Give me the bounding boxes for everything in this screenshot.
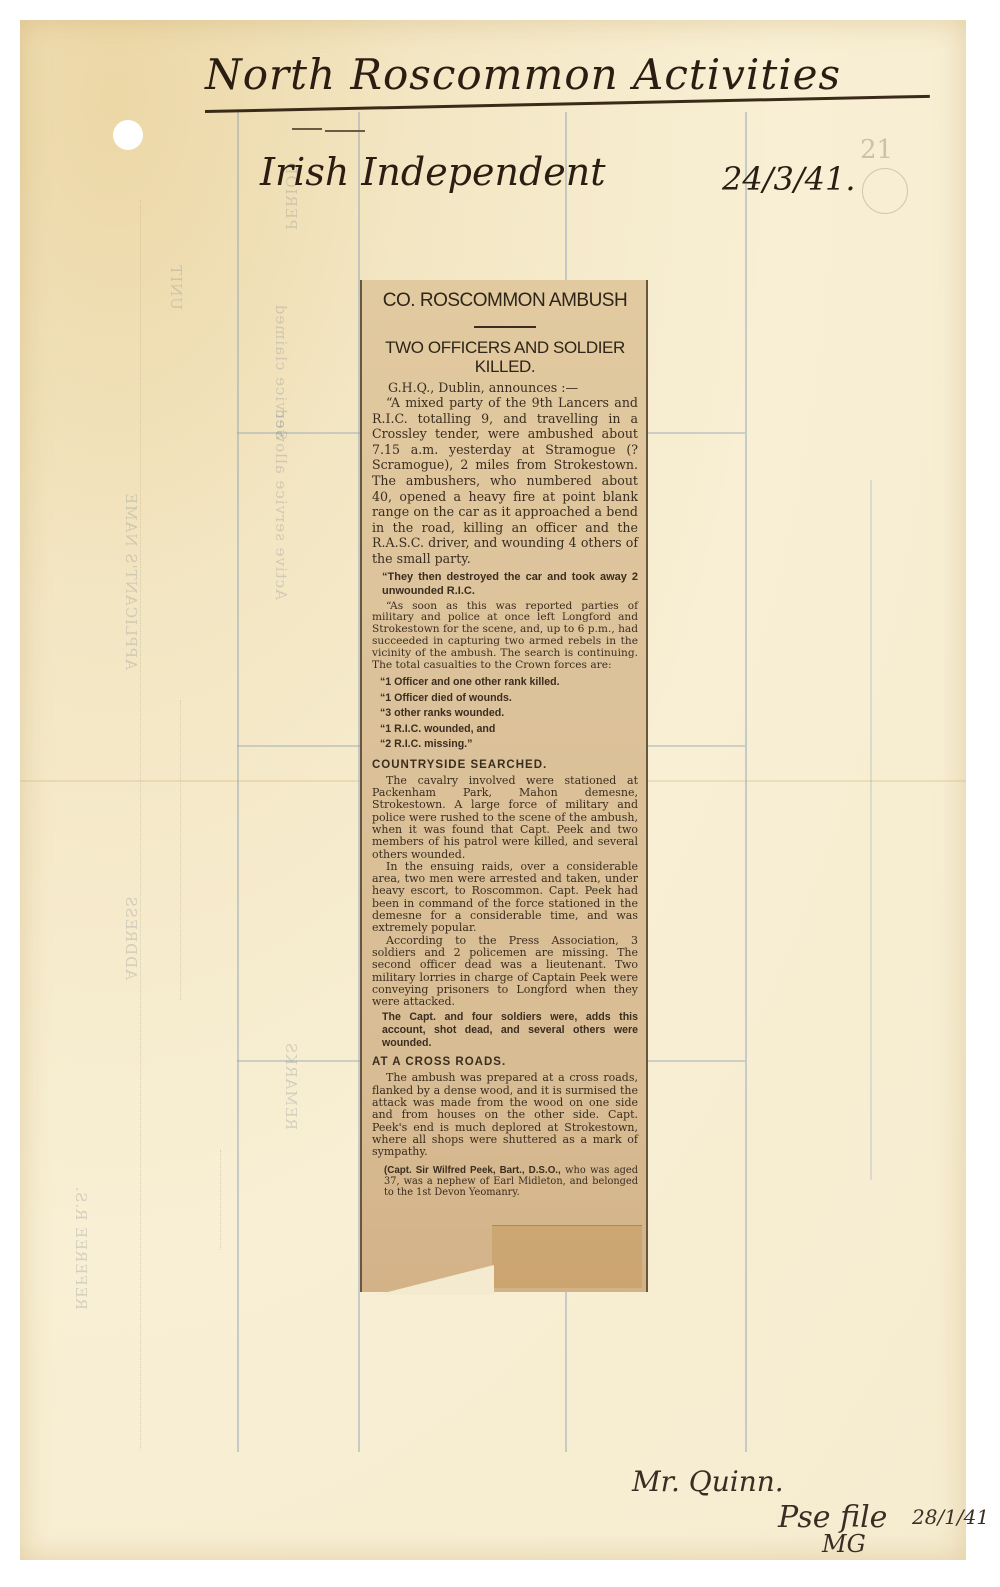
casualty-item: “3 other ranks wounded.	[380, 706, 638, 722]
casualty-item: “1 Officer died of wounds.	[380, 691, 638, 707]
form-rule	[745, 112, 747, 1452]
handwritten-date: 24/3/41.	[722, 160, 856, 198]
casualty-item: “1 R.I.C. wounded, and	[380, 722, 638, 738]
clipping-footnote: (Capt. Sir Wilfred Peek, Bart., D.S.O., …	[372, 1165, 638, 1198]
form-rule	[870, 480, 872, 1180]
pencil-circle-mark	[862, 168, 908, 214]
section-heading: AT A CROSS ROADS.	[372, 1056, 638, 1068]
form-label: APPLICANT'S NAME	[122, 492, 140, 670]
clipping-paragraph: In the ensuing raids, over a considerabl…	[372, 861, 638, 935]
clipping-paragraph: “A mixed party of the 9th Lancers and R.…	[372, 395, 638, 567]
clipping-paragraph: According to the Press Association, 3 so…	[372, 935, 638, 1009]
form-rule	[237, 112, 239, 1452]
form-dotted-rule	[220, 1150, 221, 1250]
pencil-folio-number: 21	[860, 135, 893, 165]
form-label: Active service allowed	[272, 408, 290, 600]
glue-stain	[492, 1225, 642, 1288]
clipping-paragraph: The ambush was prepared at a cross roads…	[372, 1072, 638, 1158]
clipping-paragraph: “As soon as this was reported parties of…	[372, 601, 638, 672]
section-heading: COUNTRYSIDE SEARCHED.	[372, 759, 638, 771]
clipping-paragraph: The Capt. and four soldiers were, adds t…	[372, 1011, 638, 1050]
form-label: UNIT	[167, 264, 185, 310]
clipping-headline: CO. ROSCOMMON AMBUSH	[372, 290, 638, 312]
form-label: REMARKS	[282, 1042, 300, 1130]
form-label: ADDRESS	[122, 896, 140, 980]
form-dotted-rule	[180, 700, 181, 1000]
footnote-name: (Capt. Sir Wilfred Peek, Bart., D.S.O.,	[384, 1165, 561, 1176]
casualty-list: “1 Officer and one other rank killed. “1…	[380, 675, 638, 753]
clipping-paragraph: The cavalry involved were stationed at P…	[372, 775, 638, 861]
handwritten-source: Irish Independent	[260, 150, 606, 194]
handwritten-recipient: Mr. Quinn.	[632, 1465, 784, 1498]
clipping-subheadline: TWO OFFICERS AND SOLDIER KILLED.	[372, 338, 638, 376]
casualty-item: “2 R.I.C. missing.”	[380, 737, 638, 753]
torn-corner	[376, 1265, 494, 1295]
pen-mark	[292, 128, 322, 130]
headline-rule	[474, 326, 536, 328]
handwritten-filing-date: 28/1/41	[912, 1505, 989, 1529]
clipping-dateline: G.H.Q., Dublin, announces :—	[372, 380, 638, 395]
handwritten-title: North Roscommon Activities	[205, 50, 841, 99]
form-dotted-rule	[140, 200, 141, 1450]
pen-mark	[325, 130, 365, 132]
form-label: REFEREE R.S.	[72, 1186, 90, 1310]
punch-hole	[113, 120, 143, 150]
newspaper-clipping: CO. ROSCOMMON AMBUSH TWO OFFICERS AND SO…	[360, 280, 648, 1292]
casualty-item: “1 Officer and one other rank killed.	[380, 675, 638, 691]
clipping-paragraph: “They then destroyed the car and took aw…	[372, 570, 638, 599]
handwritten-initials: MG	[822, 1530, 866, 1558]
